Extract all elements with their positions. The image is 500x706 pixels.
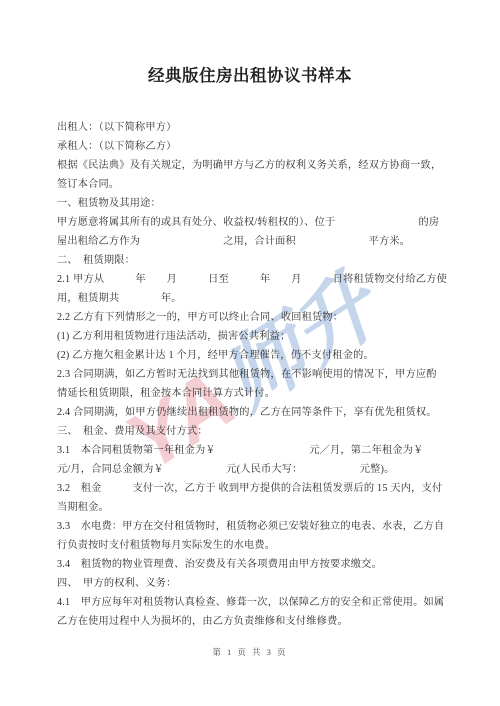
- contract-line-3-4: 3.4 租赁物的物业管理费、治安费及有关各项费用由甲方按要求缴交。: [57, 555, 449, 574]
- document-body: 出租人：（以下简称甲方） 承租人：（以下简称乙方） 根据《民法典》及有关规定，为…: [57, 118, 449, 631]
- contract-line-2-1-a: 2.1 甲方从 年 月 日至 年 月 日将租赁物交付给乙方使: [57, 270, 449, 289]
- contract-line-3-3-a: 3.3 水电费：甲方在交付租赁物时，租赁物必须已安装好独立的电表、水表，乙方自: [57, 517, 449, 536]
- contract-line-2-4: 2.4 合同期满，如甲方仍继续出租租赁物的，乙方在同等条件下，享有优先租赁权。: [57, 403, 449, 422]
- contract-line-section-4: 四、 甲方的权利、义务：: [57, 574, 449, 593]
- contract-line-2-2-item-2: (2) 乙方拖欠租金累计达 1 个月，经甲方合理催告，仍不支付租金的。: [57, 346, 449, 365]
- contract-line-2-2-item-1: (1) 乙方利用租赁物进行违法活动，损害公共利益；: [57, 327, 449, 346]
- contract-line-section-3: 三、 租金、费用及其支付方式：: [57, 422, 449, 441]
- document-title: 经典版住房出租协议书样本: [0, 62, 500, 86]
- contract-line-lessee: 承租人：（以下简称乙方）: [57, 137, 449, 156]
- contract-line-3-2-a: 3.2 租金 支付一次，乙方于 收到甲方提供的合法租赁发票后的 15 天内，支付: [57, 479, 449, 498]
- contract-line-4-1-a: 4.1 甲方应每年对租赁物认真检查、修葺一次，以保障乙方的安全和正常使用。如属: [57, 593, 449, 612]
- contract-line-3-1-a: 3.1 本合同租赁物第一年租金为￥ 元／月，第二年租金为￥: [57, 441, 449, 460]
- contract-line-2-1-b: 用，租赁期共 年。: [57, 289, 449, 308]
- contract-line-3-3-b: 行负责按时支付租赁物每月实际发生的水电费。: [57, 536, 449, 555]
- contract-line-2-3-a: 2.3 合同期满，如乙方暂时无法找到其他租赁物，在不影响使用的情况下，甲方应酌: [57, 365, 449, 384]
- page-number: 第 1 页 共 3 页: [0, 646, 500, 658]
- contract-line-3-2-b: 当期租金。: [57, 498, 449, 517]
- contract-line-lessor: 出租人：（以下简称甲方）: [57, 118, 449, 137]
- contract-line-1-body-1: 甲方愿意将属其所有的或具有处分、收益权/转租权的）、位于 的房: [57, 213, 449, 232]
- contract-line-2-2: 2.2 乙方有下列情形之一的，甲方可以终止合同、收回租赁物：: [57, 308, 449, 327]
- contract-line-section-1: 一、租赁物及其用途：: [57, 194, 449, 213]
- contract-line-preamble-1: 根据《民法典》及有关规定，为明确甲方与乙方的权利义务关系，经双方协商一致，: [57, 156, 449, 175]
- contract-line-4-1-b: 乙方在使用过程中人为损坏的，由乙方负责维修和支付维修费。: [57, 612, 449, 631]
- contract-line-section-2: 二、 租赁期限：: [57, 251, 449, 270]
- contract-line-2-3-b: 情延长租赁期限，租金按本合同计算方式计付。: [57, 384, 449, 403]
- contract-line-1-body-2: 屋出租给乙方作为 之用，合计面积 平方米。: [57, 232, 449, 251]
- contract-line-preamble-2: 签订本合同。: [57, 175, 449, 194]
- contract-page: YA 师升 经典版住房出租协议书样本 出租人：（以下简称甲方） 承租人：（以下简…: [0, 0, 500, 706]
- contract-line-3-1-b: 元/月，合同总金额为￥ 元(人民币大写： 元整)。: [57, 460, 449, 479]
